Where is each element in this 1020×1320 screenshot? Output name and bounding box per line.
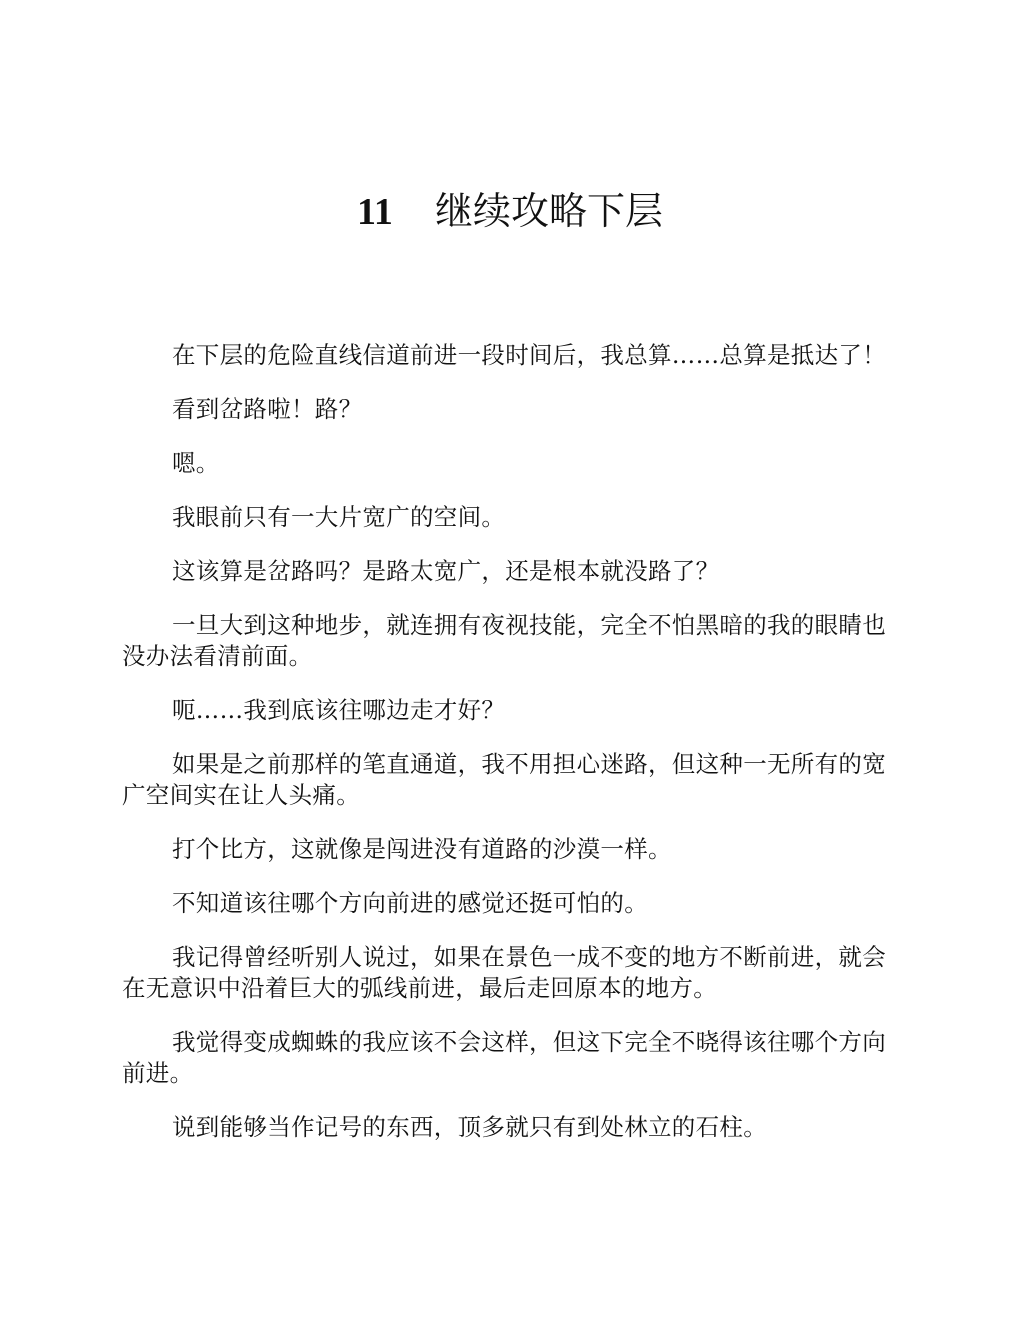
paragraph: 不知道该往哪个方向前进的感觉还挺可怕的。 <box>122 888 898 919</box>
chapter-heading: 11继续攻略下层 <box>0 185 1020 238</box>
paragraph: 这该算是岔路吗？是路太宽广，还是根本就没路了？ <box>122 556 898 587</box>
paragraph: 说到能够当作记号的东西，顶多就只有到处林立的石柱。 <box>122 1112 898 1143</box>
paragraph: 我眼前只有一大片宽广的空间。 <box>122 502 898 533</box>
paragraph: 如果是之前那样的笔直通道，我不用担心迷路，但这种一无所有的宽广空间实在让人头痛。 <box>122 749 898 811</box>
paragraph: 我觉得变成蜘蛛的我应该不会这样，但这下完全不晓得该往哪个方向前进。 <box>122 1027 898 1089</box>
paragraph: 一旦大到这种地步，就连拥有夜视技能，完全不怕黑暗的我的眼睛也没办法看清前面。 <box>122 610 898 672</box>
chapter-number: 11 <box>357 191 393 233</box>
paragraph: 我记得曾经听别人说过，如果在景色一成不变的地方不断前进，就会在无意识中沿着巨大的… <box>122 942 898 1004</box>
paragraph: 嗯。 <box>122 448 898 479</box>
paragraph: 打个比方，这就像是闯进没有道路的沙漠一样。 <box>122 834 898 865</box>
paragraph: 看到岔路啦！路？ <box>122 394 898 425</box>
paragraph: 在下层的危险直线信道前进一段时间后，我总算……总算是抵达了！ <box>122 340 898 371</box>
paragraph: 呃……我到底该往哪边走才好？ <box>122 695 898 726</box>
chapter-title: 继续攻略下层 <box>435 189 663 233</box>
chapter-body: 在下层的危险直线信道前进一段时间后，我总算……总算是抵达了！ 看到岔路啦！路？ … <box>122 340 898 1166</box>
